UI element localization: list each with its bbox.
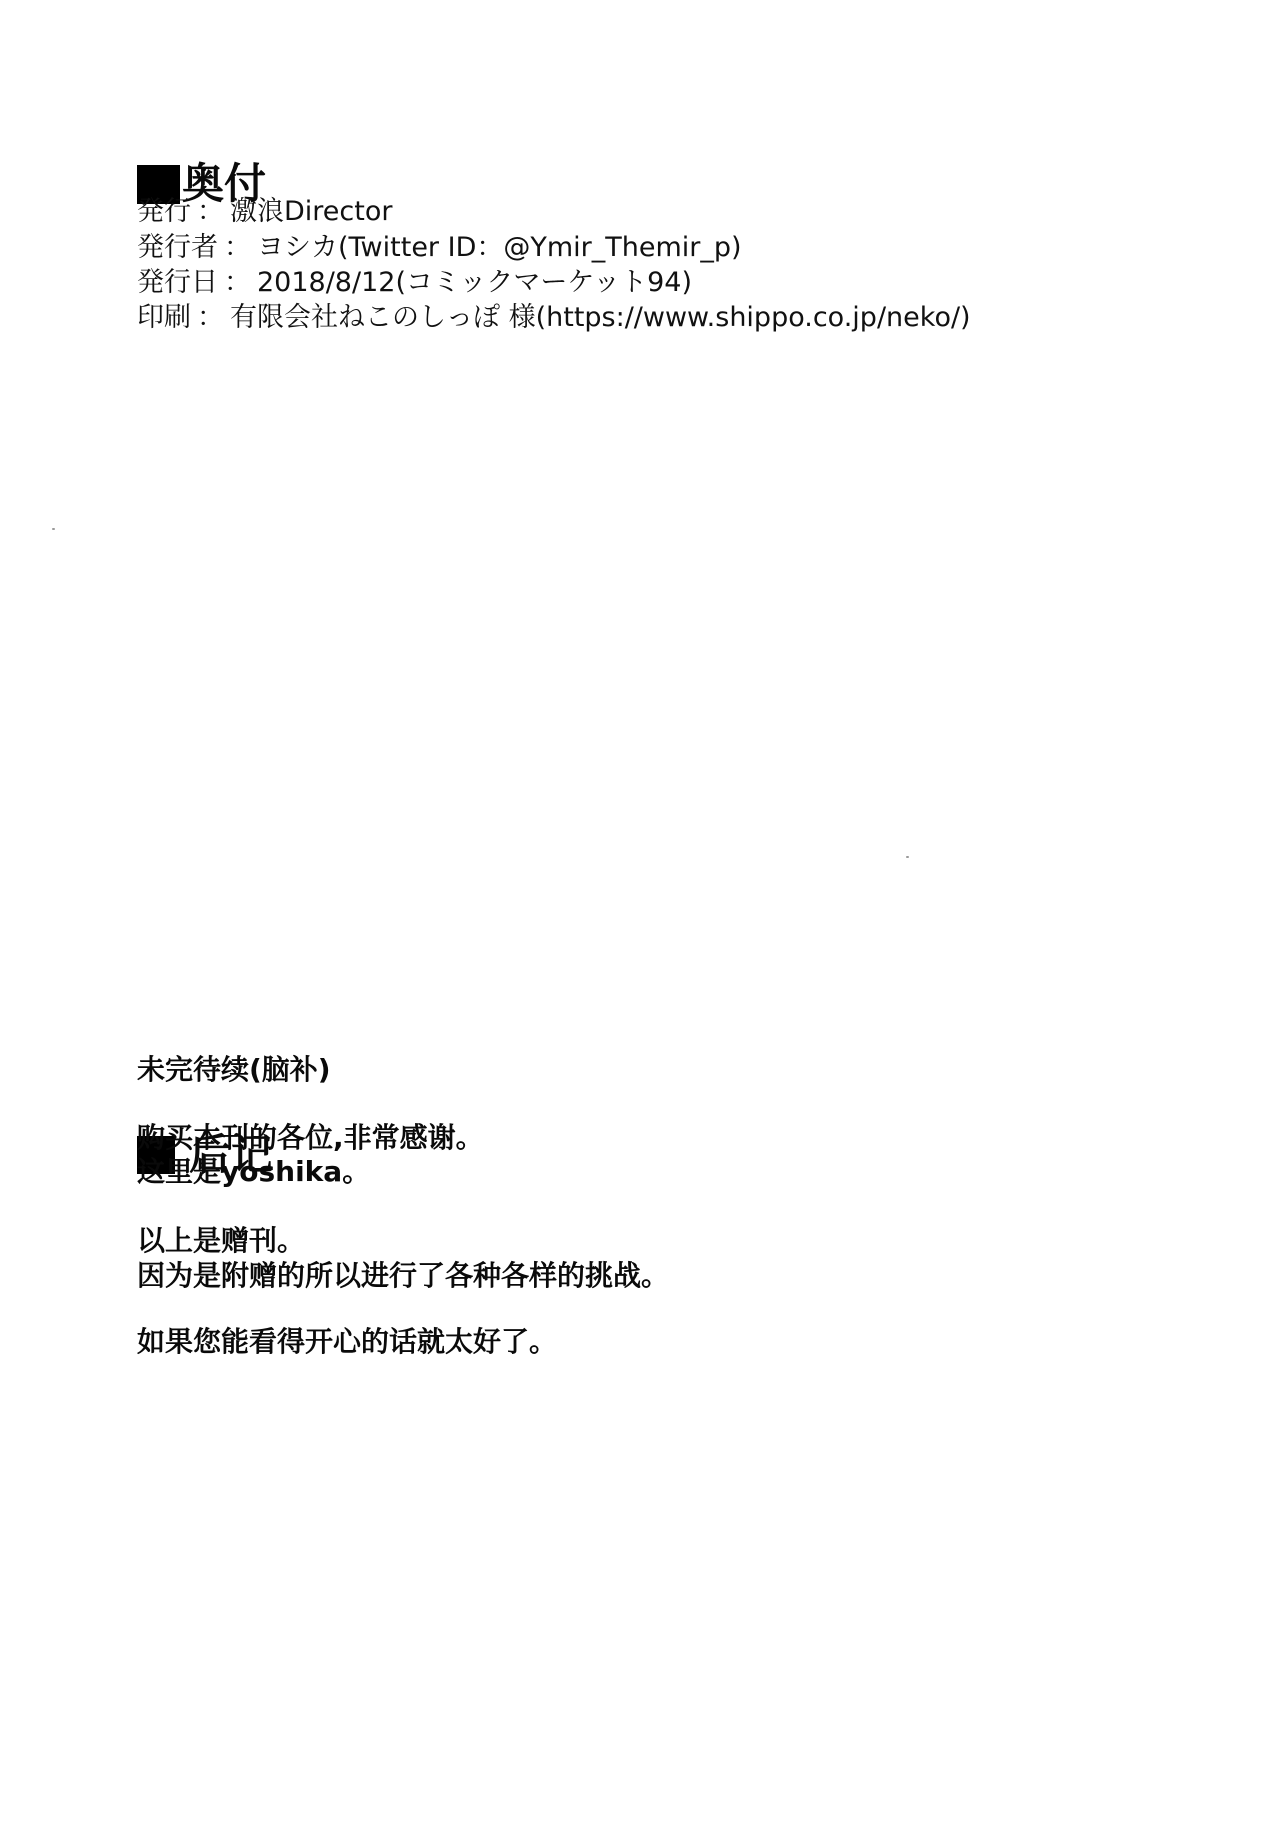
printer-label: 印刷 <box>137 302 191 333</box>
date-label: 発行日 <box>137 267 218 298</box>
date-value: 2018/8/12(コミックマーケット94) <box>257 267 692 298</box>
afterword-line: 未完待续(脑补) <box>137 1056 331 1084</box>
afterword-line: 如果您能看得开心的话就太好了。 <box>137 1328 557 1356</box>
colophon-date-line: 発行日：2018/8/12(コミックマーケット94) <box>137 269 692 296</box>
separator: ： <box>191 196 230 227</box>
afterword-line: 以上是赠刊。 <box>137 1227 305 1255</box>
publisher-value: 激浪Director <box>230 196 392 227</box>
colophon-printer-line: 印刷：有限会社ねこのしっぽ 様(https://www.shippo.co.jp… <box>137 304 971 331</box>
author-value: ヨシカ(Twitter ID：@Ymir_Themir_p) <box>257 232 742 263</box>
scan-speck <box>906 856 909 858</box>
publisher-label: 発行 <box>137 196 191 227</box>
separator: ： <box>218 232 257 263</box>
printer-value: 有限会社ねこのしっぽ 様(https://www.shippo.co.jp/ne… <box>230 302 971 333</box>
author-label: 発行者 <box>137 232 218 263</box>
afterword-line: 购买本刊的各位,非常感谢。 <box>137 1124 484 1152</box>
colophon-page: 奥付 発行：激浪Director 発行者：ヨシカ(Twitter ID：@Ymi… <box>0 0 1280 1823</box>
colophon-author-line: 発行者：ヨシカ(Twitter ID：@Ymir_Themir_p) <box>137 234 742 261</box>
afterword-line: 因为是附赠的所以进行了各种各样的挑战。 <box>137 1262 669 1290</box>
scan-speck <box>52 528 55 530</box>
colophon-publisher-line: 発行：激浪Director <box>137 198 392 225</box>
separator: ： <box>218 267 257 298</box>
separator: ： <box>191 302 230 333</box>
afterword-line: 这里是yoshika。 <box>137 1158 370 1186</box>
